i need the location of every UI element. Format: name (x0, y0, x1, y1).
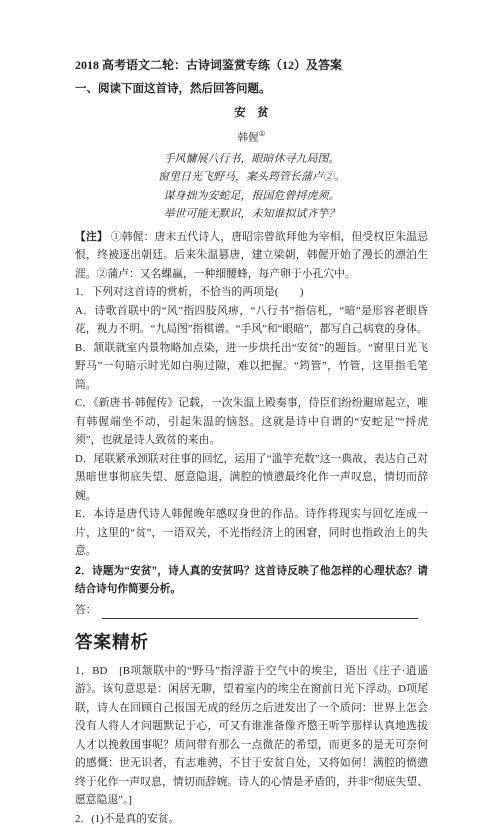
option-b-label: B． (75, 342, 93, 354)
section-heading: 一、阅读下面这首诗，然后回答问题。 (75, 80, 428, 98)
option-e-text: 本诗是唐代诗人韩偓晚年感叹身世的作品。诗作将现实与回忆连成一片，这里的“贫”，一… (75, 508, 428, 557)
option-a: A．诗歌首联中的“风”指四肢风痹，“八行书”指信札，“暗”是形容老眼昏花，视力不… (75, 302, 428, 339)
answers-heading: 答案精析 (75, 631, 428, 653)
poem-author-note-ref: ① (259, 129, 266, 138)
answer-blank-line (102, 605, 418, 619)
poem-line: 举世可能无默识，未知谁拟试齐竽？ (75, 205, 428, 224)
note-label: 【注】 (75, 231, 111, 243)
question-1-stem: 1．下列对这首诗的赏析，不恰当的两项是( ) (75, 283, 428, 302)
answer-2-text: 2．(1)不是真的安贫。 (75, 810, 428, 828)
option-a-label: A． (75, 305, 94, 317)
poem-title: 安 贫 (75, 105, 428, 121)
poem-line: 窗里日光飞野马，案头筠管长蒲卢②。 (75, 168, 428, 187)
answer-blank-label: 答： (75, 602, 97, 619)
option-c-label: C． (75, 397, 93, 409)
question-2-stem: 2．诗题为“安贫”，诗人真的安贫吗？这首诗反映了他怎样的心理状态？请结合诗句作简… (75, 562, 428, 598)
page-title: 2018 高考语文二轮：古诗词鉴赏专练（12）及答案 (75, 56, 428, 75)
option-d-text: 尾联紧承颈联对往事的回忆，运用了“滥竽充数”这一典故，表达自己对黑暗世事彻底失望… (75, 453, 428, 502)
option-c: C．《新唐书·韩偓传》记载，一次朱温上殿奏事，侍臣们纷纷避席起立，唯有韩偓端坐不… (75, 394, 428, 450)
option-d-label: D． (75, 453, 94, 465)
poem-line: 谋身拙为安蛇足，报国危曾捋虎须。 (75, 187, 428, 206)
answer-1-text: 1．BD [B项颔联中的“野马”指浮游于空气中的埃尘，语出《庄子·逍遥游》。该句… (75, 662, 428, 810)
poem-block: 安 贫 韩偓① 手风慵展八行书，眼暗休寻九局图。 窗里日光飞野马，案头筠管长蒲卢… (75, 105, 428, 224)
document-body: 2018 高考语文二轮：古诗词鉴赏专练（12）及答案 一、阅读下面这首诗，然后回… (75, 56, 428, 828)
poem-line: 手风慵展八行书，眼暗休寻九局图。 (75, 150, 428, 169)
option-b: B．颔联就室内景物略加点染，进一步烘托出“安贫”的题旨。“窗里日光飞野马”一句暗… (75, 339, 428, 395)
note-paragraph: 【注】①韩偓：唐末五代诗人，唐昭宗曾欲拜他为宰相，但受权臣朱温忌恨，终被逐出朝廷… (75, 228, 428, 284)
option-a-text: 诗歌首联中的“风”指四肢风痹，“八行书”指信札，“暗”是形容老眼昏花，视力不明。… (75, 305, 428, 336)
note-text: ①韩偓：唐末五代诗人，唐昭宗曾欲拜他为宰相，但受权臣朱温忌恨，终被逐出朝廷。后来… (75, 231, 428, 280)
answer-blank-row: 答： (75, 602, 428, 619)
option-d: D．尾联紧承颈联对往事的回忆，运用了“滥竽充数”这一典故，表达自己对黑暗世事彻底… (75, 450, 428, 506)
poem-author: 韩偓① (75, 126, 428, 146)
poem-author-name: 韩偓 (238, 133, 259, 144)
option-e: E．本诗是唐代诗人韩偓晚年感叹身世的作品。诗作将现实与回忆连成一片，这里的“贫”… (75, 505, 428, 561)
option-e-label: E． (75, 508, 93, 520)
document-page: { "page": { "title": "2018 高考语文二轮：古诗词鉴赏专… (0, 0, 500, 707)
option-b-text: 颔联就室内景物略加点染，进一步烘托出“安贫”的题旨。“窗里日光飞野马”一句暗示时… (75, 342, 428, 391)
option-c-text: 《新唐书·韩偓传》记载，一次朱温上殿奏事，侍臣们纷纷避席起立，唯有韩偓端坐不动，… (75, 397, 428, 446)
